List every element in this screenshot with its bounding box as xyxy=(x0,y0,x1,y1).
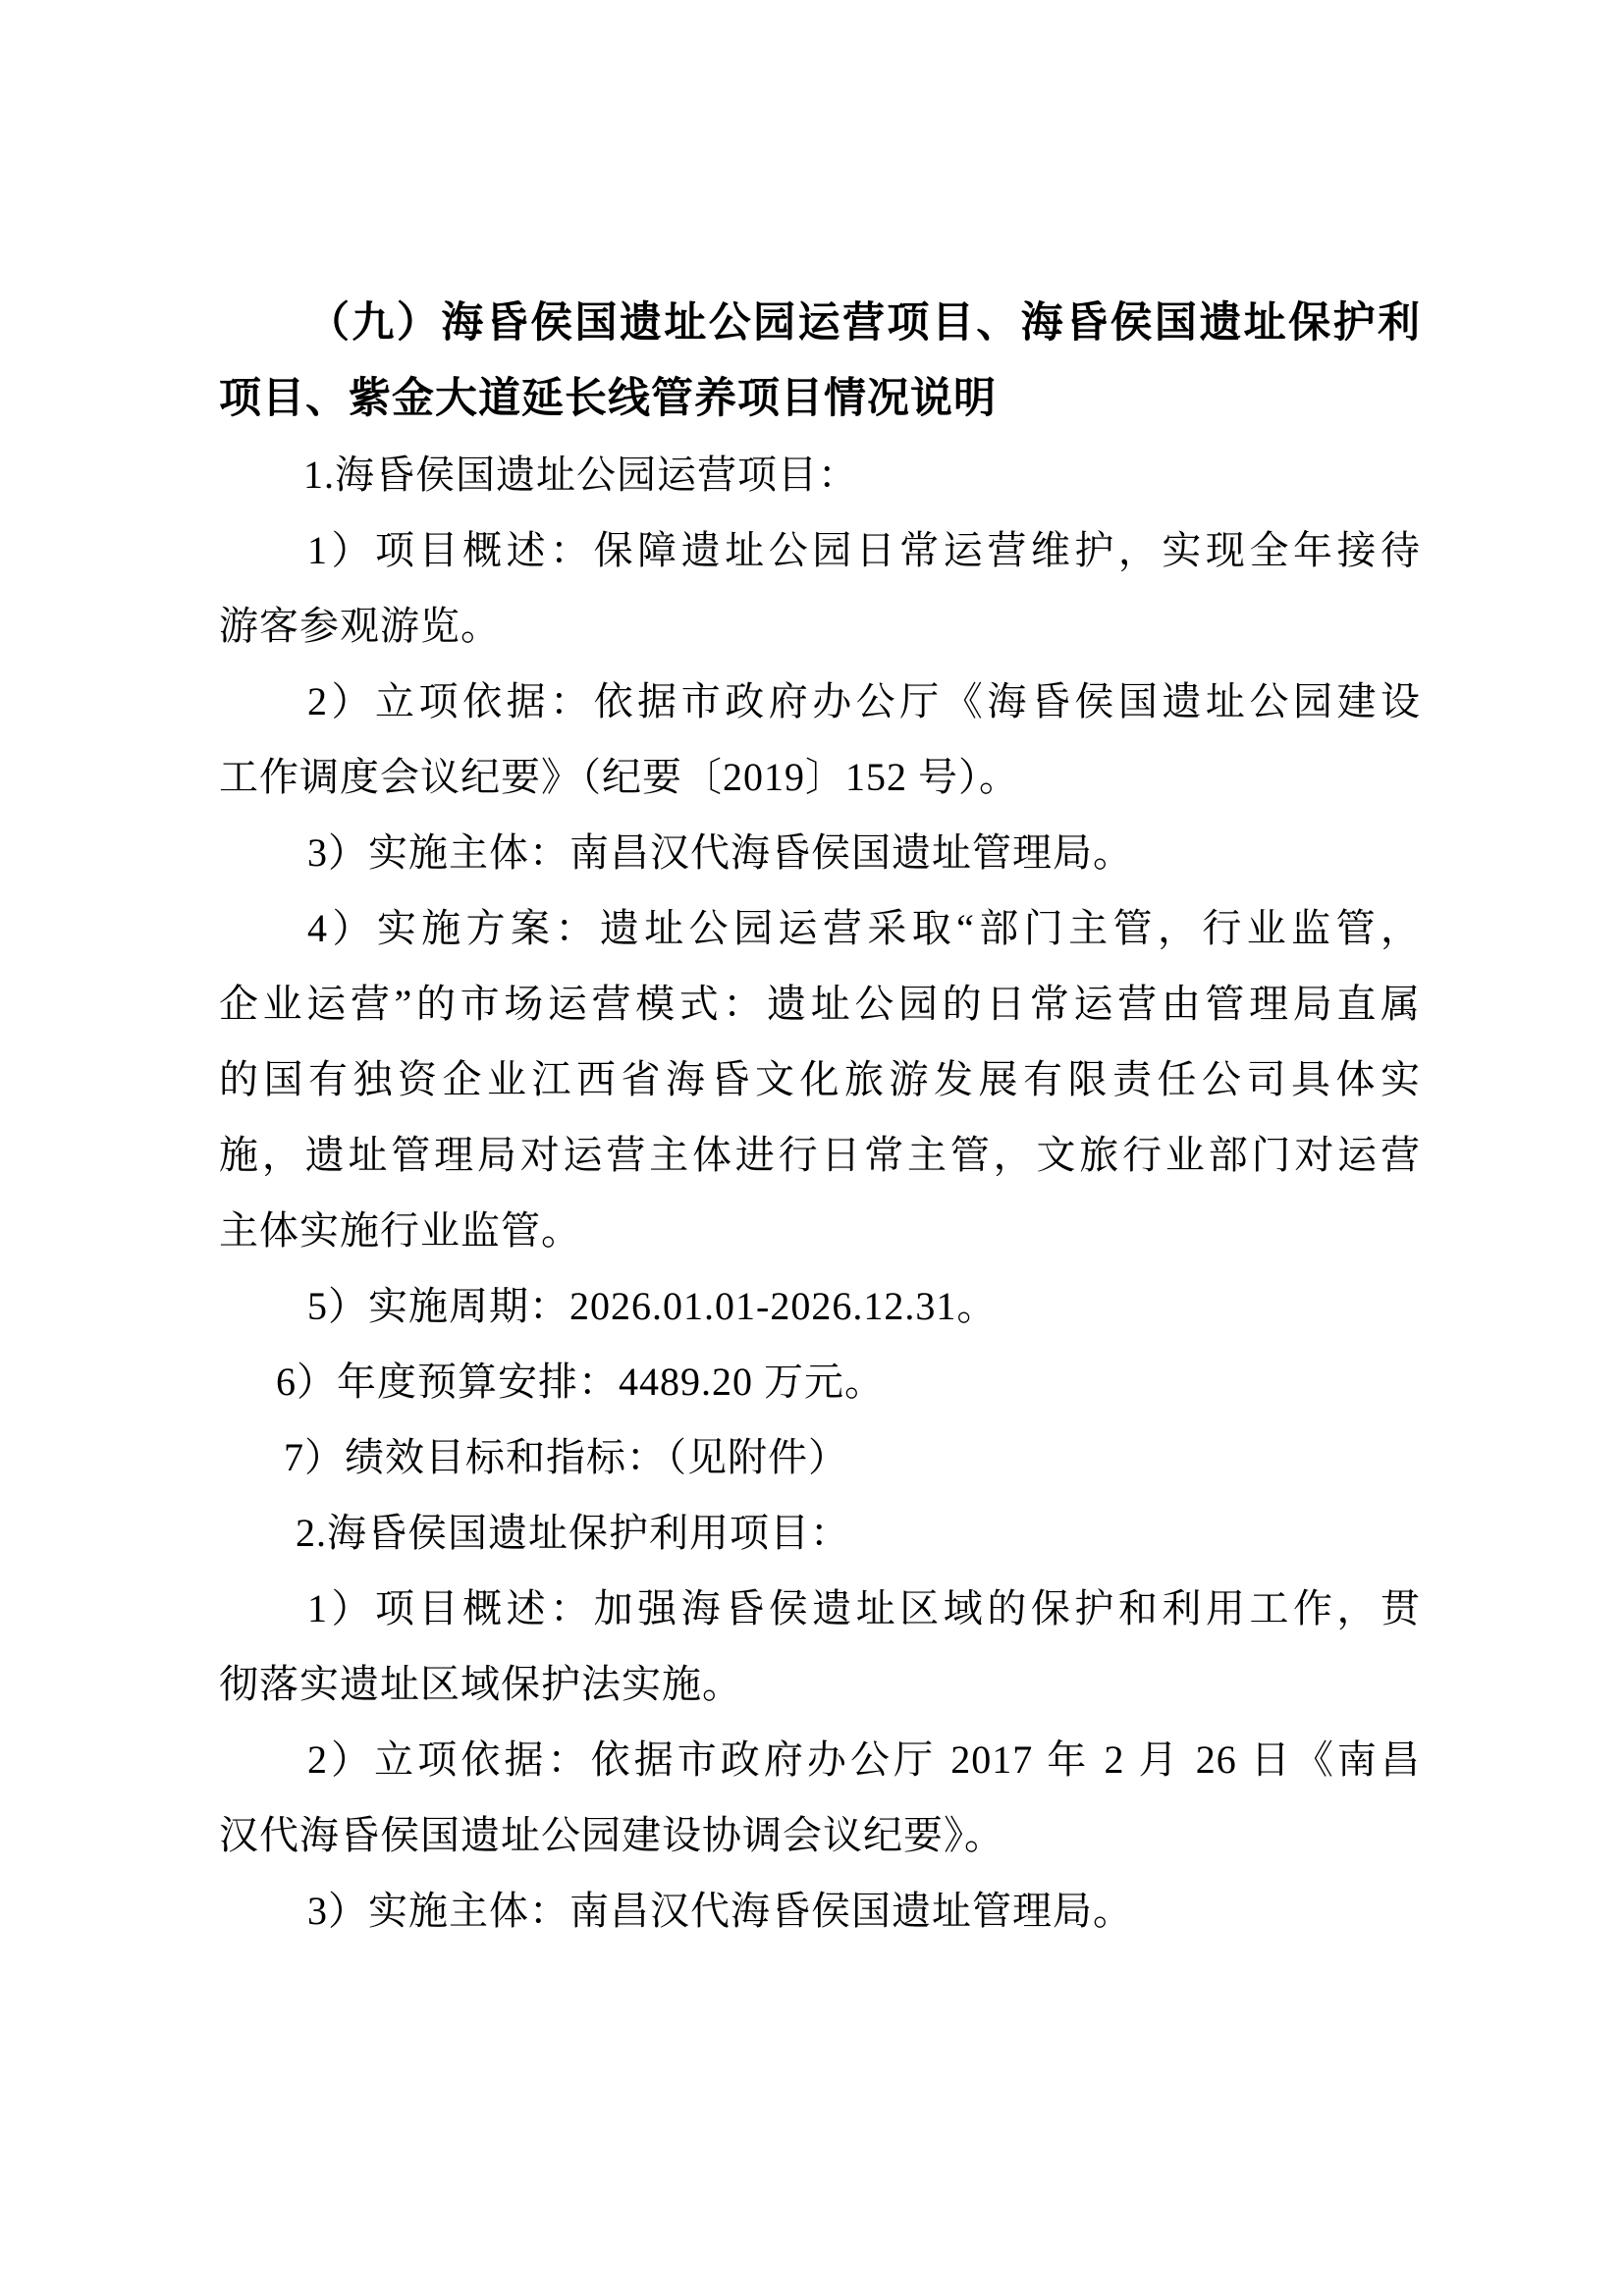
text-line: 7）绩效目标和指标：（见附件） xyxy=(219,1419,1421,1495)
heading-line: （九）海昏侯国遗址公园运营项目、海昏侯国遗址保护利用 xyxy=(219,286,1421,361)
text-line: 6）年度预算安排：4489.20 万元。 xyxy=(219,1344,1421,1419)
text-line: 2）立项依据：依据市政府办公厅《海昏侯国遗址公园建设 xyxy=(219,664,1421,739)
heading-line: 项目、紫金大道延长线管养项目情况说明 xyxy=(219,361,1421,437)
text-line: 2.海昏侯国遗址保护利用项目： xyxy=(219,1495,1421,1571)
text-line: 4）实施方案：遗址公园运营采取“部门主管，行业监管， xyxy=(219,890,1421,966)
text-line: 5）实施周期：2026.01.01-2026.12.31。 xyxy=(219,1268,1421,1344)
text-line: 3）实施主体：南昌汉代海昏侯国遗址管理局。 xyxy=(219,815,1421,890)
text-line: 企业运营”的市场运营模式：遗址公园的日常运营由管理局直属 xyxy=(219,966,1421,1041)
document-page: （九）海昏侯国遗址公园运营项目、海昏侯国遗址保护利用项目、紫金大道延长线管养项目… xyxy=(0,0,1624,2296)
text-line: 工作调度会议纪要》（纪要〔2019〕152 号）。 xyxy=(219,739,1421,815)
text-line: 施，遗址管理局对运营主体进行日常主管，文旅行业部门对运营 xyxy=(219,1117,1421,1193)
text-line: 1）项目概述：保障遗址公园日常运营维护，实现全年接待 xyxy=(219,512,1421,588)
text-line: 彻落实遗址区域保护法实施。 xyxy=(219,1646,1421,1722)
text-line: 1.海昏侯国遗址公园运营项目： xyxy=(219,437,1421,512)
text-line: 的国有独资企业江西省海昏文化旅游发展有限责任公司具体实 xyxy=(219,1041,1421,1117)
text-line: 3）实施主体：南昌汉代海昏侯国遗址管理局。 xyxy=(219,1873,1421,1949)
text-line: 2）立项依据：依据市政府办公厅 2017 年 2 月 26 日《南昌 xyxy=(219,1722,1421,1797)
text-line: 汉代海昏侯国遗址公园建设协调会议纪要》。 xyxy=(219,1797,1421,1873)
document-body: （九）海昏侯国遗址公园运营项目、海昏侯国遗址保护利用项目、紫金大道延长线管养项目… xyxy=(219,286,1421,1949)
text-line: 游客参观游览。 xyxy=(219,588,1421,664)
text-line: 1）项目概述：加强海昏侯遗址区域的保护和利用工作，贯 xyxy=(219,1571,1421,1646)
text-line: 主体实施行业监管。 xyxy=(219,1193,1421,1268)
